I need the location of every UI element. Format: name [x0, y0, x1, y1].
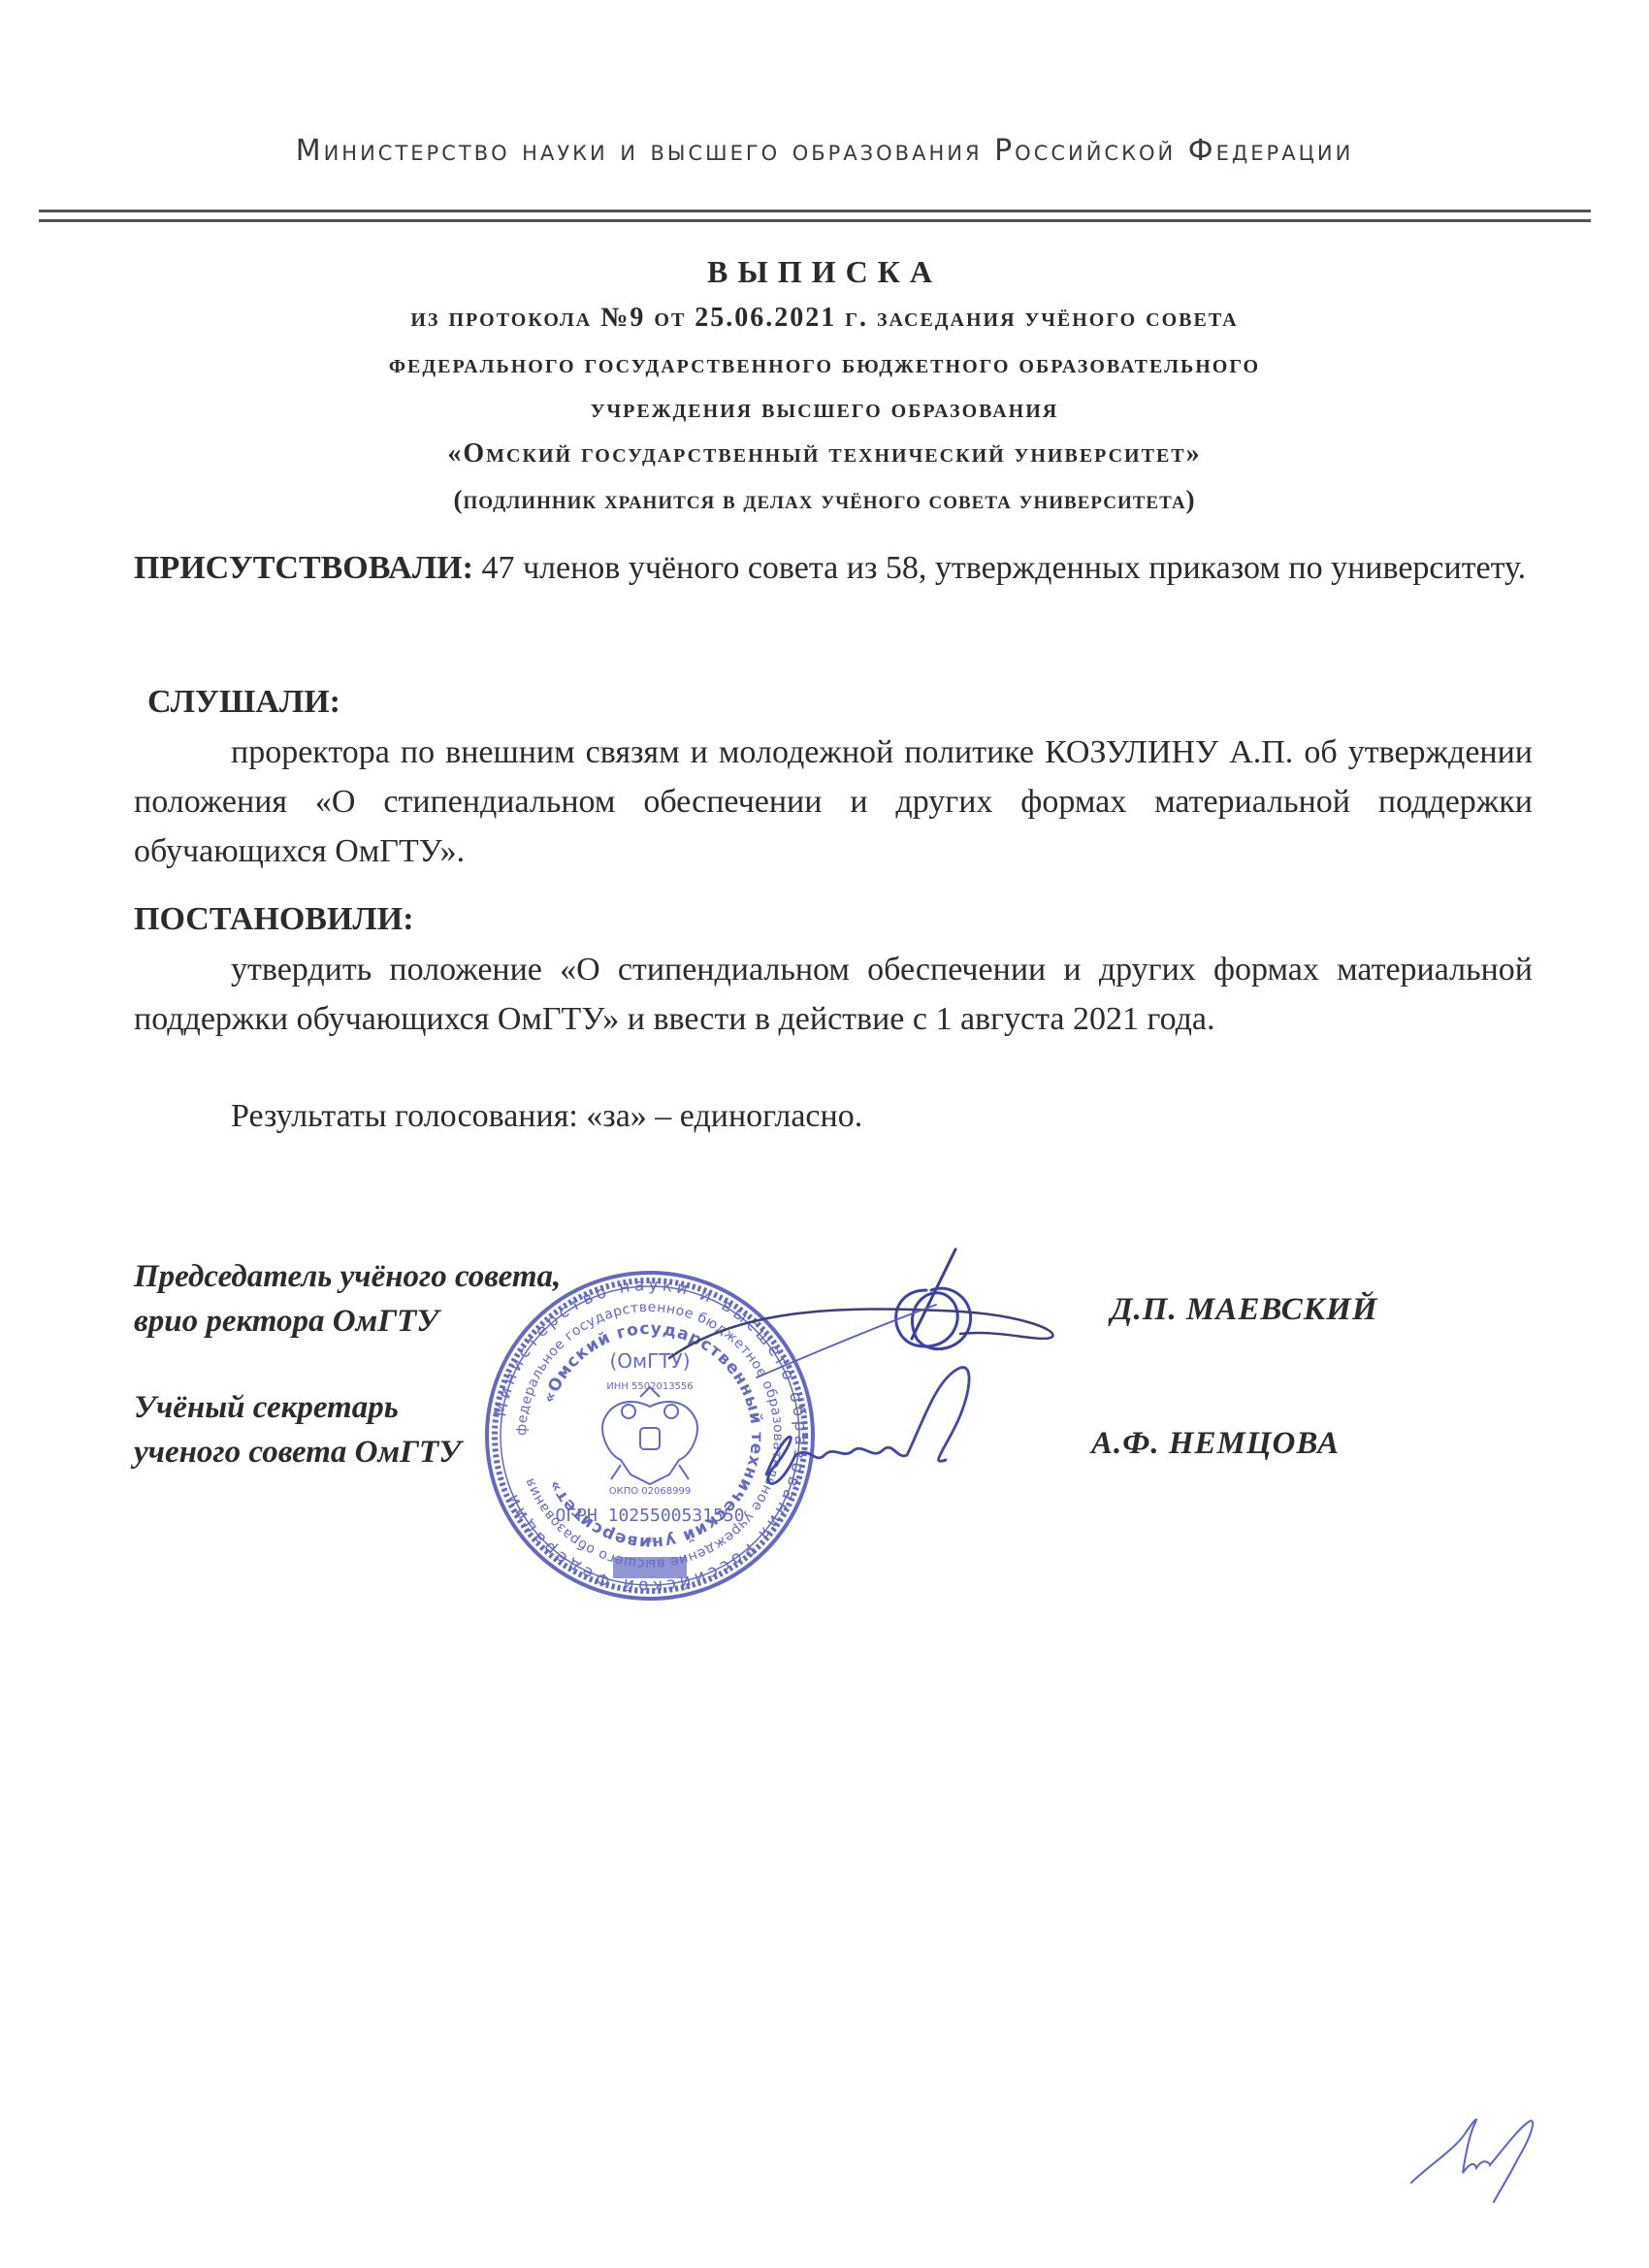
signatory-secretary-role-line1: Учёный секретарь — [134, 1385, 461, 1430]
signatory-chairman-role-line1: Председатель учёного совета, — [134, 1254, 561, 1299]
section-resolved-heading: ПОСТАНОВИЛИ: — [134, 894, 1533, 944]
coat-of-arms-icon — [602, 1387, 697, 1484]
seal-ogrn: ОГРН 1025500531550 — [555, 1506, 744, 1526]
document-title: ВЫПИСКА — [0, 254, 1649, 290]
section-present-heading: ПРИСУТСТВОВАЛИ: — [134, 550, 473, 586]
title-line-original-note: (подлинник хранится в делах учёного сове… — [0, 485, 1649, 515]
seal-okpo: ОКПО 02068999 — [609, 1486, 691, 1497]
title-line-education-level: учреждения высшего образования — [0, 394, 1649, 425]
signatory-chairman-role: Председатель учёного совета, врио ректор… — [134, 1254, 561, 1344]
section-heard-heading: СЛУШАЛИ: — [147, 677, 1546, 727]
header-rule-bottom — [39, 219, 1591, 222]
signatory-chairman-name: Д.П. МАЕВСКИЙ — [1111, 1292, 1378, 1328]
chairman-signature — [669, 1249, 1052, 1377]
signatory-secretary-role: Учёный секретарь ученого совета ОмГТУ — [134, 1385, 461, 1474]
seal-abbreviation: (ОмГТУ) — [609, 1349, 690, 1373]
title-line-protocol: из протокола №9 от 25.06.2021 г. заседан… — [0, 303, 1649, 334]
ministry-header: Министерство науки и высшего образования… — [0, 134, 1649, 168]
secretary-signature — [766, 1368, 969, 1484]
seal-inner-ring-text: «Омский государственный технический унив… — [539, 1319, 766, 1552]
section-present-text: 47 членов учёного совета из 58, утвержде… — [473, 550, 1526, 586]
seal-inn: ИНН 5502013556 — [606, 1381, 693, 1392]
section-resolved-text: утвердить положение «О стипендиальном об… — [134, 945, 1533, 1044]
section-present: ПРИСУТСТВОВАЛИ: 47 членов учёного совета… — [134, 543, 1533, 593]
signatory-secretary-name: А.Ф. НЕМЦОВА — [1091, 1426, 1340, 1462]
title-line-university-name: «Омский государственный технический унив… — [0, 438, 1649, 470]
certifying-initials — [1411, 2120, 1533, 2202]
signatory-chairman-role-line2: врио ректора ОмГТУ — [134, 1299, 561, 1344]
seal-barcode-block — [613, 1557, 687, 1578]
title-line-institution-type: федерального государственного бюджетного… — [0, 349, 1649, 380]
section-heard-text: проректора по внешним связям и молодежно… — [134, 728, 1533, 876]
seal-star-icon: * — [646, 1533, 654, 1551]
header-rule-top — [39, 210, 1591, 212]
signatory-secretary-role-line2: ученого совета ОмГТУ — [134, 1430, 461, 1474]
voting-result: Результаты голосования: «за» – единоглас… — [134, 1091, 1533, 1141]
